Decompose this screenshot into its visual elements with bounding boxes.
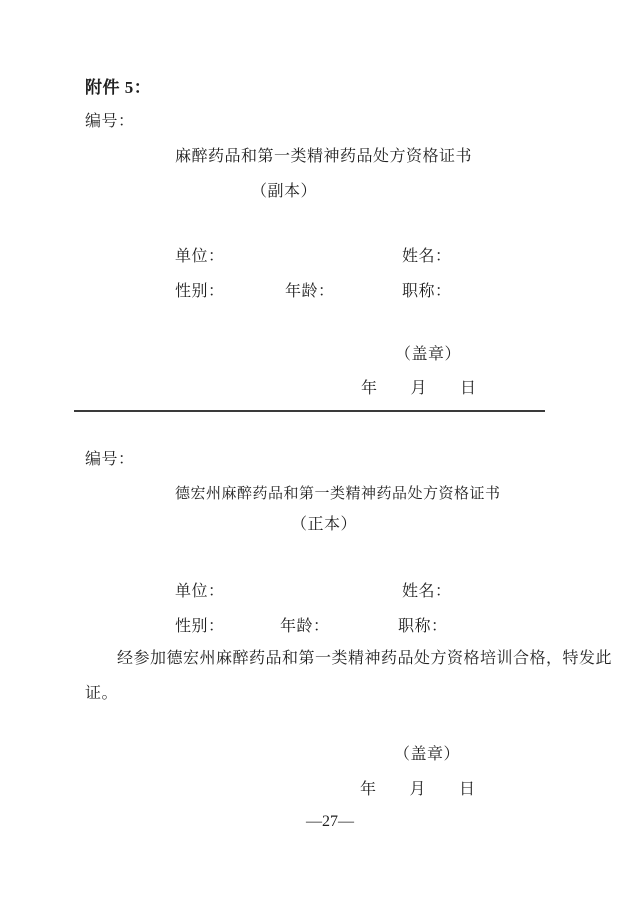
copy-certificate-title: 麻醉药品和第一类精神药品处方资格证书	[175, 147, 472, 167]
original-statement-line1: 经参加德宏州麻醉药品和第一类精神药品处方资格培训合格，特发此	[117, 649, 612, 669]
original-field-unit: 单位：	[175, 582, 225, 602]
original-serial-label: 编号：	[85, 450, 135, 470]
copy-field-gender: 性别：	[175, 282, 225, 302]
copy-subtitle: （副本）	[251, 182, 317, 202]
original-field-gender: 性别：	[175, 617, 225, 637]
copy-serial-label: 编号：	[85, 112, 135, 132]
original-field-job-title: 职称：	[398, 617, 448, 637]
copy-stamp-label: （盖章）	[395, 345, 461, 365]
document-page: 附件 5： 编号： 麻醉药品和第一类精神药品处方资格证书 （副本） 单位： 姓名…	[0, 0, 636, 900]
copy-field-age: 年龄：	[285, 282, 335, 302]
original-certificate-title: 德宏州麻醉药品和第一类精神药品处方资格证书	[175, 484, 501, 504]
copy-field-job-title: 职称：	[402, 282, 452, 302]
original-date-line: 年 月 日	[360, 780, 476, 800]
original-field-age: 年龄：	[280, 617, 330, 637]
original-subtitle: （正本）	[291, 515, 357, 535]
original-statement-line2: 证。	[85, 684, 118, 704]
attachment-label: 附件 5：	[85, 78, 151, 98]
copy-field-unit: 单位：	[175, 247, 225, 267]
page-number: —27—	[306, 812, 354, 832]
section-divider	[74, 410, 545, 412]
original-stamp-label: （盖章）	[394, 745, 460, 765]
copy-date-line: 年 月 日	[361, 379, 477, 399]
copy-field-name: 姓名：	[402, 247, 452, 267]
original-field-name: 姓名：	[402, 582, 452, 602]
